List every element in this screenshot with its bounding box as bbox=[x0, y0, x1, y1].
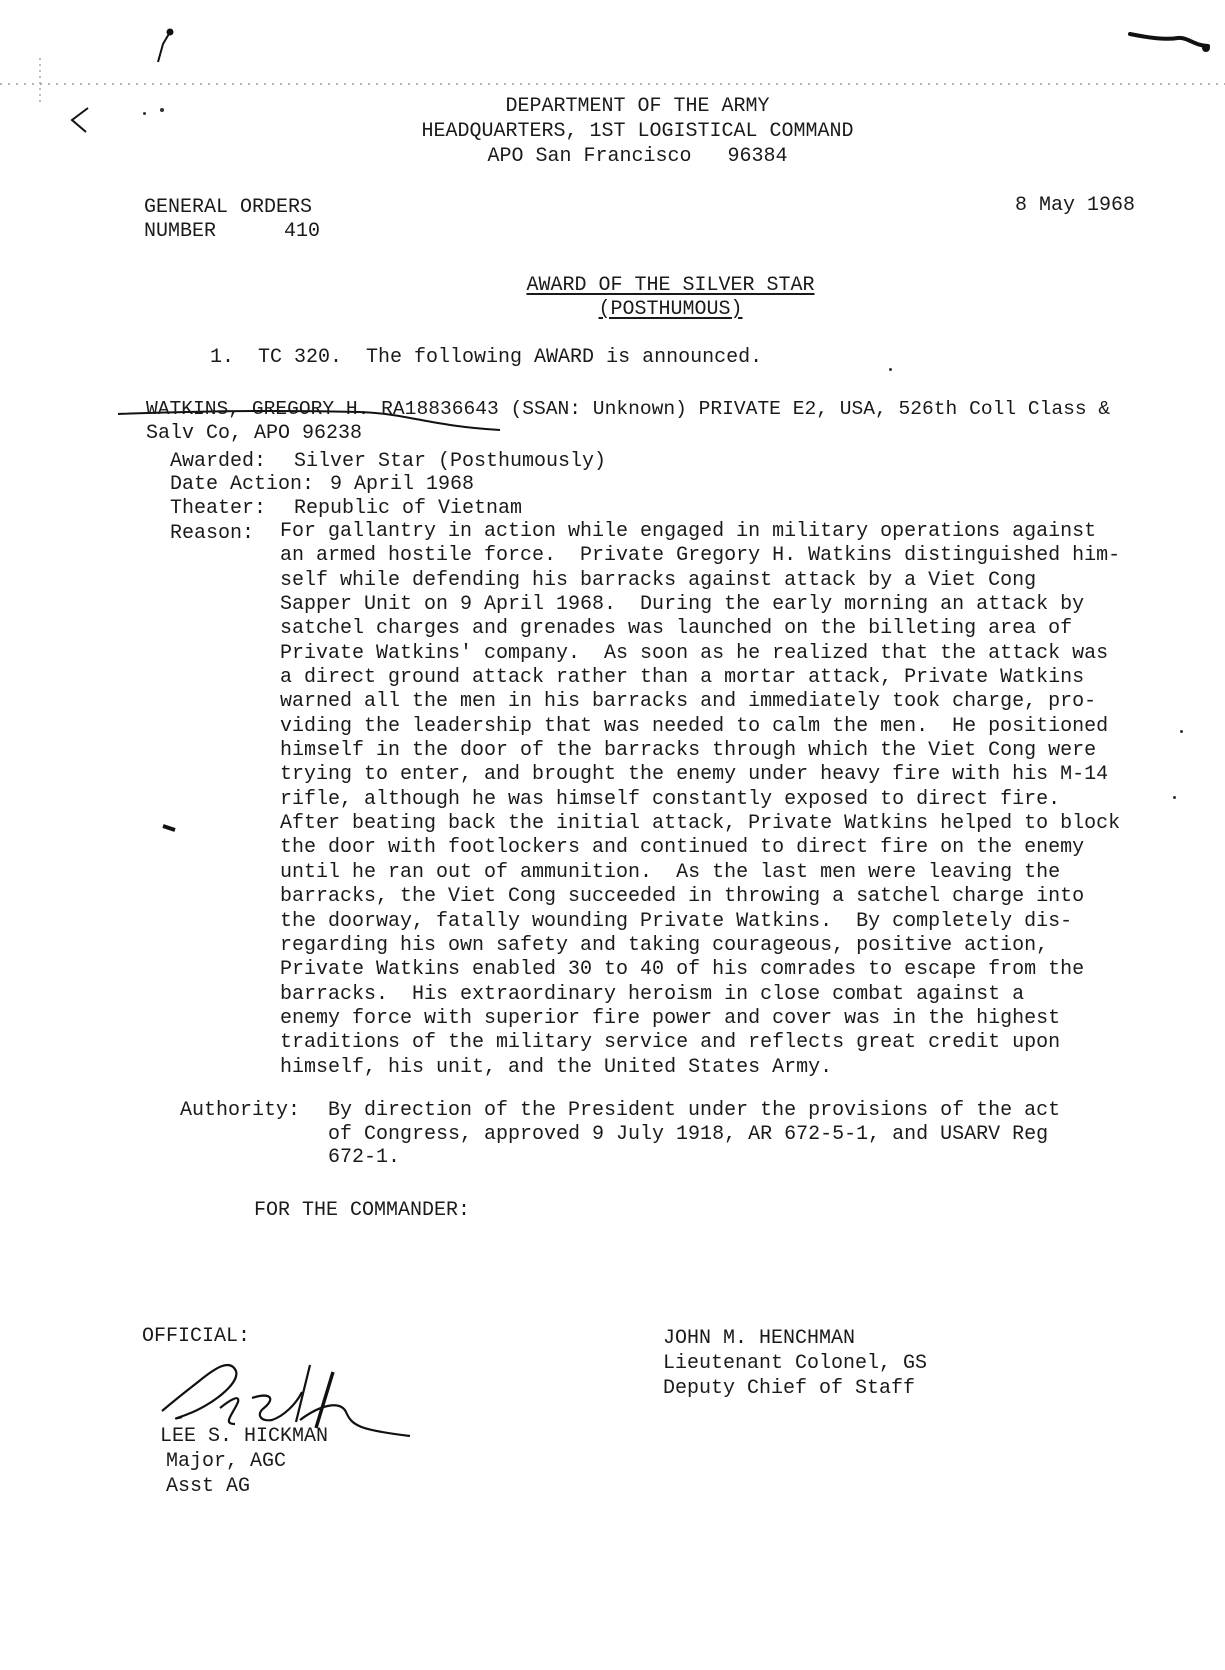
letterhead-department: DEPARTMENT OF THE ARMY bbox=[0, 95, 1225, 119]
reason-label: Reason: bbox=[170, 522, 254, 546]
reason-line: rifle, although he was himself constantl… bbox=[280, 788, 1160, 812]
order-number-label: NUMBER bbox=[144, 220, 216, 244]
reason-line: After beating back the initial attack, P… bbox=[280, 812, 1160, 836]
right-signer-name: JOHN M. HENCHMAN bbox=[663, 1327, 855, 1351]
authority-line: By direction of the President under the … bbox=[328, 1099, 1060, 1123]
authority-line: of Congress, approved 9 July 1918, AR 67… bbox=[328, 1123, 1060, 1147]
date-action-value: 9 April 1968 bbox=[330, 473, 474, 497]
award-subtitle: (POSTHUMOUS) bbox=[0, 298, 1225, 322]
theater-label: Theater: bbox=[170, 497, 266, 521]
awarded-value: Silver Star (Posthumously) bbox=[294, 450, 606, 474]
right-signer-rank: Lieutenant Colonel, GS bbox=[663, 1352, 927, 1376]
reason-line: Private Watkins enabled 30 to 40 of his … bbox=[280, 958, 1160, 982]
official-label: OFFICIAL: bbox=[142, 1325, 250, 1349]
reason-line: regarding his own safety and taking cour… bbox=[280, 934, 1160, 958]
reason-text: For gallantry in action while engaged in… bbox=[280, 520, 1160, 1080]
reason-line: warned all the men in his barracks and i… bbox=[280, 690, 1160, 714]
recipient-line-2: Salv Co, APO 96238 bbox=[146, 422, 362, 446]
reason-line: an armed hostile force. Private Gregory … bbox=[280, 544, 1160, 568]
reason-line: traditions of the military service and r… bbox=[280, 1031, 1160, 1055]
date-action-label: Date Action: bbox=[170, 473, 314, 497]
authority-text: By direction of the President under the … bbox=[328, 1099, 1060, 1170]
recipient-line-1: WATKINS, GREGORY H. RA18836643 (SSAN: Un… bbox=[146, 398, 1110, 422]
reason-line: himself, his unit, and the United States… bbox=[280, 1056, 1160, 1080]
reason-line: self while defending his barracks agains… bbox=[280, 569, 1160, 593]
left-signer-name: LEE S. HICKMAN bbox=[160, 1425, 328, 1449]
order-number: 410 bbox=[284, 220, 320, 244]
awarded-label: Awarded: bbox=[170, 450, 266, 474]
right-signer-title: Deputy Chief of Staff bbox=[663, 1377, 915, 1401]
reason-line: the doorway, fatally wounding Private Wa… bbox=[280, 910, 1160, 934]
reason-line: the door with footlockers and continued … bbox=[280, 836, 1160, 860]
left-signer-title: Asst AG bbox=[166, 1475, 250, 1499]
reason-line: Private Watkins' company. As soon as he … bbox=[280, 642, 1160, 666]
general-orders-label: GENERAL ORDERS bbox=[144, 196, 312, 220]
reason-line: enemy force with superior fire power and… bbox=[280, 1007, 1160, 1031]
letterhead-headquarters: HEADQUARTERS, 1ST LOGISTICAL COMMAND bbox=[0, 120, 1225, 144]
reason-line: himself in the door of the barracks thro… bbox=[280, 739, 1160, 763]
left-signer-rank: Major, AGC bbox=[166, 1450, 286, 1474]
letterhead-address: APO San Francisco 96384 bbox=[0, 145, 1225, 169]
reason-line: trying to enter, and brought the enemy u… bbox=[280, 763, 1160, 787]
reason-line: satchel charges and grenades was launche… bbox=[280, 617, 1160, 641]
authority-label: Authority: bbox=[180, 1099, 300, 1123]
announcement: 1. TC 320. The following AWARD is announ… bbox=[210, 346, 762, 370]
reason-line: barracks, the Viet Cong succeeded in thr… bbox=[280, 885, 1160, 909]
for-the-commander: FOR THE COMMANDER: bbox=[254, 1199, 470, 1223]
reason-line: barracks. His extraordinary heroism in c… bbox=[280, 983, 1160, 1007]
order-date: 8 May 1968 bbox=[1015, 194, 1135, 218]
theater-value: Republic of Vietnam bbox=[294, 497, 522, 521]
reason-line: For gallantry in action while engaged in… bbox=[280, 520, 1160, 544]
reason-line: until he ran out of ammunition. As the l… bbox=[280, 861, 1160, 885]
authority-line: 672-1. bbox=[328, 1146, 1060, 1170]
award-title: AWARD OF THE SILVER STAR bbox=[0, 274, 1225, 298]
reason-line: viding the leadership that was needed to… bbox=[280, 715, 1160, 739]
reason-line: a direct ground attack rather than a mor… bbox=[280, 666, 1160, 690]
reason-line: Sapper Unit on 9 April 1968. During the … bbox=[280, 593, 1160, 617]
